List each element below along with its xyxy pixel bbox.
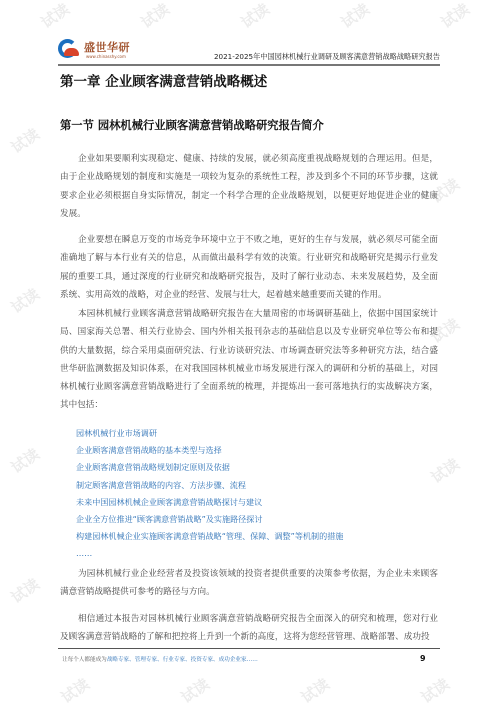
list-item: 企业全方位推进“顾客满意营销战略”及实施路径探讨 [76,511,343,528]
chapter-title: 第一章 企业顾客满意营销战略概述 [60,70,267,90]
section-title: 第一节 园林机械行业顾客满意营销战略研究报告简介 [60,117,324,133]
logo-url: www.chinasshy.com [86,54,126,59]
paragraph: 企业要想在瞬息万变的市场竞争环境中立于不败之地，更好的生存与发展，就必须尽可能全… [60,231,438,304]
document-page: 盛世华研 www.chinasshy.com 2021-2025年中国园林机械行… [0,0,499,706]
list-item: 构建园林机械企业实施顾客满意营销战略“管理、保障、调整”等机制的措施 [76,528,343,545]
list-item: 企业顾客满意营销战略的基本类型与选择 [76,442,343,459]
company-logo: 盛世华研 www.chinasshy.com [58,36,138,62]
contents-list: 园林机械行业市场调研 企业顾客满意营销战略的基本类型与选择 企业顾客满意营销战略… [76,425,343,563]
page-number: 9 [420,654,426,663]
paragraph: 相信通过本报告对园林机械行业顾客满意营销战略研究报告全面深入的研究和梳理，您对行… [60,610,438,647]
page-footer: 让每个人都能成为战略专家、管理专家、行业专家、投资专家、成功企业家…… [62,655,258,663]
header-divider [58,64,440,66]
list-item: 制定顾客满意营销战略的内容、方法步骤、流程 [76,477,343,494]
page-header: 盛世华研 www.chinasshy.com 2021-2025年中国园林机械行… [58,36,440,64]
paragraph: 企业如果要顺利实现稳定、健康、持续的发展，就必须高度重视战略规划的合理运用。但是… [60,150,438,223]
paragraph: 本园林机械行业顾客满意营销战略研究报告在大量周密的市场调研基础上，依据中国国家统… [60,305,438,415]
paragraph: 为园林机械行业企业经营者及投资该领域的投资者提供重要的决策参考依据，为企业未来顾… [60,565,438,602]
footer-prefix: 让每个人都能成为 [62,657,107,663]
logo-name: 盛世华研 [84,39,130,55]
report-title: 2021-2025年中国园林机械行业调研及顾客满意营销战略战略研究报告 [214,52,440,62]
footer-divider [58,648,440,649]
list-item: …… [76,545,343,562]
list-item: 企业顾客满意营销战略规划制定原则及依据 [76,459,343,476]
list-item: 园林机械行业市场调研 [76,425,343,442]
logo-book-icon [64,48,79,56]
footer-highlight: 战略专家、管理专家、行业专家、投资专家、成功企业家…… [107,657,258,663]
list-item: 未来中国园林机械企业顾客满意营销战略探讨与建议 [76,494,343,511]
